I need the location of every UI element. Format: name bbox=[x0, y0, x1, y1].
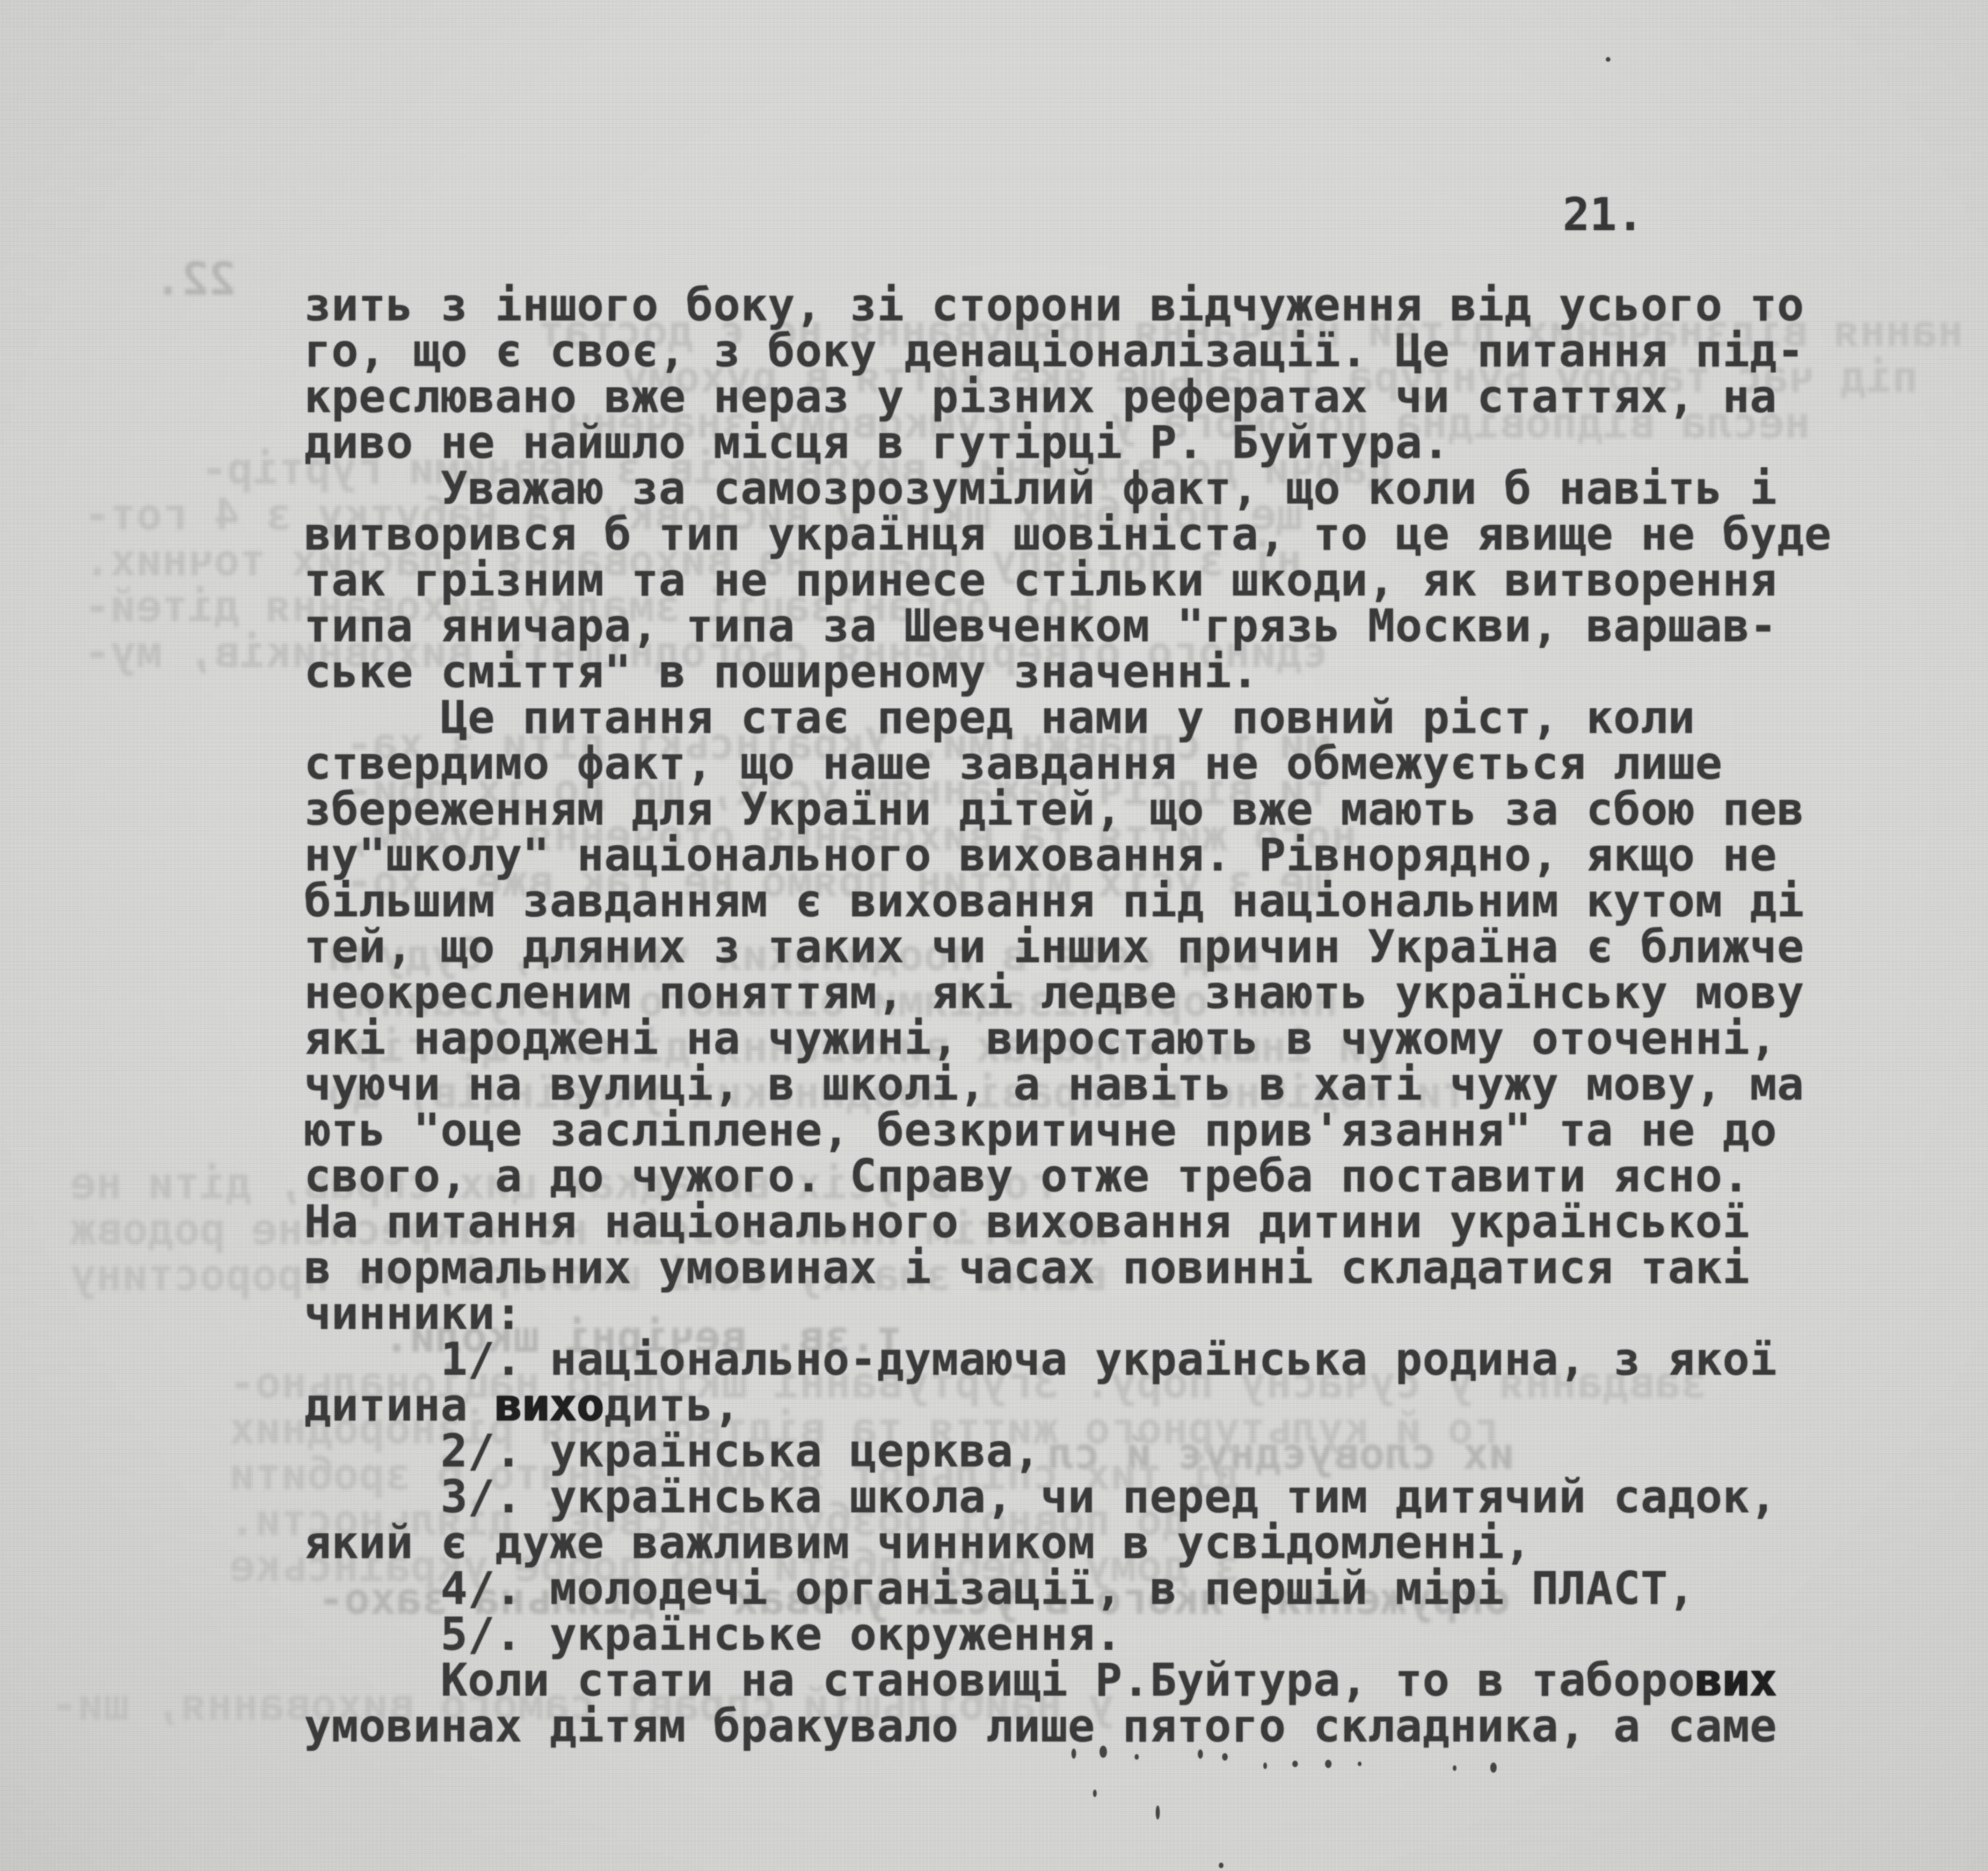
text-line: креслювано вже нераз у різних рефератах … bbox=[304, 374, 1832, 420]
ink-speck bbox=[1222, 1753, 1228, 1761]
text-line: свого, а до чужого. Справу отже треба по… bbox=[304, 1153, 1832, 1199]
ink-speck bbox=[1135, 1754, 1139, 1760]
text-line: в нормальних умовинах і часах повинні ск… bbox=[304, 1245, 1832, 1291]
text-line: збереженням для України дітей, що вже ма… bbox=[304, 786, 1832, 832]
overstruck-text: вих bbox=[1695, 1654, 1777, 1706]
ink-speck bbox=[1156, 1806, 1160, 1820]
text-line: умовинах дітям бракувало лише пятого скл… bbox=[304, 1703, 1832, 1749]
text-line: який є дуже важливим чинником в усвідомл… bbox=[304, 1520, 1832, 1566]
ink-speck bbox=[1100, 1746, 1107, 1758]
text-line: витворився б тип українця шовініста, то … bbox=[304, 511, 1832, 557]
overstruck-text: вихо bbox=[495, 1379, 604, 1431]
text-line: зить з іншого боку, зі сторони відчуженн… bbox=[304, 282, 1832, 328]
ink-speck bbox=[1198, 1749, 1203, 1759]
ink-speck bbox=[1606, 57, 1610, 62]
text-line: ствердимо факт, що наше завдання не обме… bbox=[304, 740, 1832, 786]
text-line: чинники: bbox=[304, 1291, 1832, 1336]
ink-speck bbox=[1071, 1748, 1076, 1759]
bleedthrough-fragment: 22. bbox=[154, 256, 235, 302]
ink-speck bbox=[1263, 1762, 1267, 1769]
text-line: 5/. українське окруження. bbox=[304, 1611, 1832, 1657]
ink-speck bbox=[1292, 1761, 1298, 1767]
text-line: 3/. українська школа, чи перед тим дитяч… bbox=[304, 1474, 1832, 1520]
text-line: дитина виходить, bbox=[304, 1382, 1832, 1428]
text-line: ське сміття" в поширеному значенні. bbox=[304, 649, 1832, 695]
text-line: ють "оце засліплене, безкритичне прив'яз… bbox=[304, 1107, 1832, 1153]
text-line: На питання національного виховання дитин… bbox=[304, 1199, 1832, 1245]
ink-speck bbox=[1490, 1762, 1497, 1773]
page-number: 21. bbox=[1563, 192, 1644, 238]
text-line: ну"школу" національного виховання. Рівно… bbox=[304, 832, 1832, 878]
ink-speck bbox=[1358, 1762, 1362, 1766]
text-line: так грізним та не принесе стільки шкоди,… bbox=[304, 557, 1832, 603]
text-line: тей, що дляних з таких чи інших причин У… bbox=[304, 924, 1832, 970]
text-line: Уважаю за самозрозумілий факт, що коли б… bbox=[304, 465, 1832, 511]
text-line: 2/. українська церква, bbox=[304, 1428, 1832, 1474]
ink-speck bbox=[1093, 1790, 1097, 1797]
scanned-document-page: 22.нання відзначених дітей навчання прям… bbox=[0, 0, 1988, 1871]
text-line: які народжені на чужині, виростають в чу… bbox=[304, 1015, 1832, 1061]
text-line: неокресленим поняттям, які ледве знають … bbox=[304, 970, 1832, 1015]
text-line: чуючи на вулиці, в школі, а навіть в хат… bbox=[304, 1061, 1832, 1107]
text-line: го, що є своє, з боку денаціоналізації. … bbox=[304, 328, 1832, 374]
text-line: 4/. молодечі організації, в першій мірі … bbox=[304, 1566, 1832, 1611]
text-line: типа яничара, типа за Шевченком "грязь М… bbox=[304, 603, 1832, 649]
typewritten-text-block: зить з іншого боку, зі сторони відчуженн… bbox=[304, 282, 1832, 1749]
text-line: 1/. національно-думаюча українська родин… bbox=[304, 1336, 1832, 1382]
text-line: більшим завданням є виховання під націон… bbox=[304, 878, 1832, 924]
ink-speck bbox=[1453, 1765, 1456, 1771]
text-line: Коли стати на становищі Р.Буйтура, то в … bbox=[304, 1657, 1832, 1703]
text-line: Це питання стає перед нами у повний ріст… bbox=[304, 695, 1832, 740]
ink-speck bbox=[1325, 1760, 1332, 1768]
text-line: диво не найшло місця в гутірці Р. Буйтур… bbox=[304, 420, 1832, 465]
ink-speck bbox=[1219, 1863, 1223, 1868]
